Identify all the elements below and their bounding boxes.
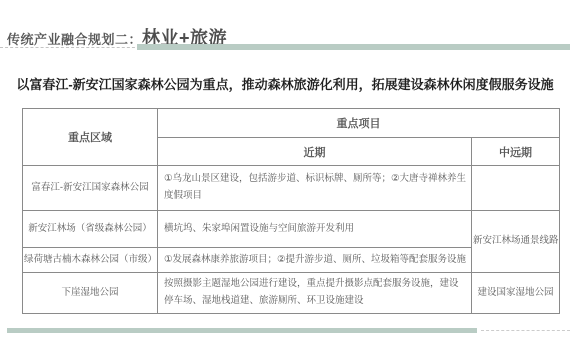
- near-term-cell: 横坑坞、朱家埠闲置设施与空间旅游开发利用: [158, 211, 472, 248]
- near-term-cell: ①发展森林康养旅游项目；②提升游步道、厕所、垃圾箱等配套服务设施: [158, 248, 472, 273]
- header-near-term: 近期: [158, 138, 472, 166]
- title-dashed-rule: [0, 47, 140, 48]
- title-accent-bar: [137, 44, 570, 50]
- mid-term-cell: 建设国家湿地公园: [472, 273, 560, 314]
- region-cell: 绿荷塘古楠木森林公园（市级）: [23, 248, 158, 273]
- header-mid-long-term: 中远期: [472, 138, 560, 166]
- key-projects-table: 重点区域 重点项目 近期 中远期 富春江-新安江国家森林公园 ①乌龙山景区建设，…: [22, 108, 560, 314]
- page-title-prefix: 传统产业融合规划二：: [7, 29, 142, 48]
- footer-dashed-rule: [481, 330, 570, 331]
- slide: { "header": { "title_prefix": "传统产业融合规划二…: [0, 0, 570, 360]
- table-row: 富春江-新安江国家森林公园 ①乌龙山景区建设，包括游步道、标识标牌、厕所等；②大…: [23, 166, 560, 211]
- near-term-cell: ①乌龙山景区建设，包括游步道、标识标牌、厕所等；②大唐寺禅林养生度假项目: [158, 166, 472, 211]
- subtitle: 以富春江-新安江国家森林公园为重点，推动森林旅游化利用，拓展建设森林休闲度假服务…: [0, 74, 570, 93]
- header-region: 重点区域: [23, 109, 158, 166]
- near-term-cell: 按照摄影主题湿地公园进行建设，重点提升摄影点配套服务设施，建设停车场、湿地栈道建…: [158, 273, 472, 314]
- table-row: 下崖湿地公园 按照摄影主题湿地公园进行建设，重点提升摄影点配套服务设施，建设停车…: [23, 273, 560, 314]
- footer-accent-bar: [7, 328, 477, 333]
- region-cell: 富春江-新安江国家森林公园: [23, 166, 158, 211]
- table-row: 新安江林场（省级森林公园） 横坑坞、朱家埠闲置设施与空间旅游开发利用 新安江林场…: [23, 211, 560, 248]
- table-header-row-1: 重点区域 重点项目: [23, 109, 560, 138]
- header-projects: 重点项目: [158, 109, 560, 138]
- region-cell: 新安江林场（省级森林公园）: [23, 211, 158, 248]
- region-cell: 下崖湿地公园: [23, 273, 158, 314]
- mid-term-cell-merged: 新安江林场通景线路: [472, 211, 560, 273]
- mid-term-cell: [472, 166, 560, 211]
